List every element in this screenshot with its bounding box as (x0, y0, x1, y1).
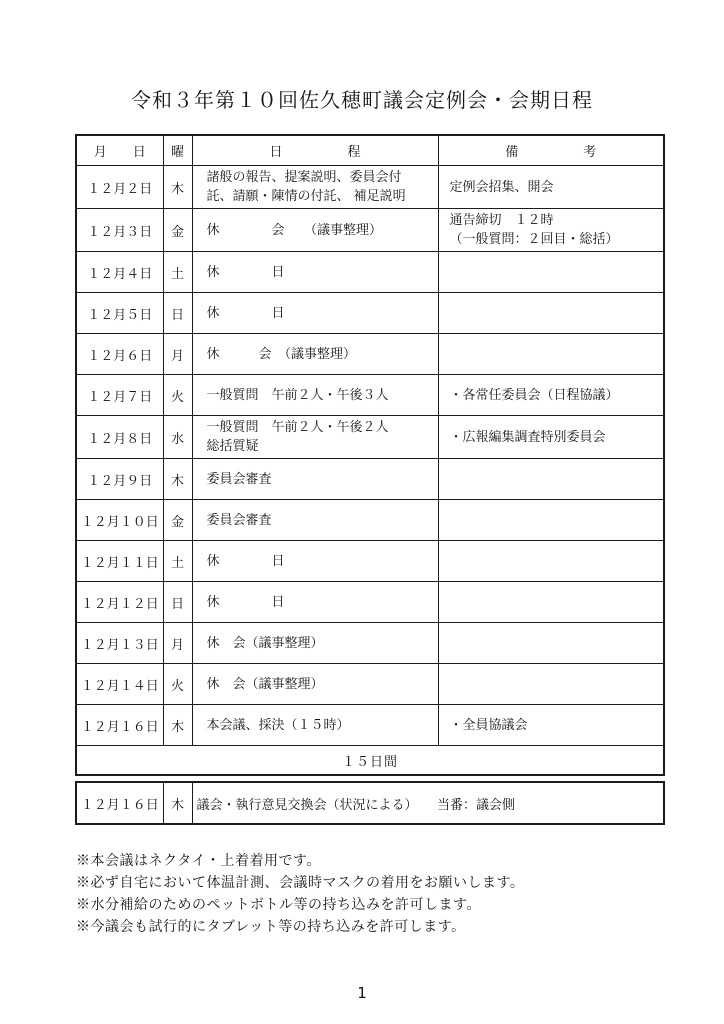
cell-schedule: 休 日 (192, 582, 438, 623)
table-row: １２月１４日 火 休 会（議事整理） (76, 664, 664, 705)
cell-schedule: 休 会 （議事整理） (192, 334, 438, 375)
cell-note (438, 293, 664, 334)
table-row: １２月５日 日 休 日 (76, 293, 664, 334)
cell-day: 水 (163, 416, 192, 459)
cell-date: １２月１２日 (76, 582, 163, 623)
table-row: １２月２日 木 諸般の報告、提案説明、委員会付 託、請願・陳情の付託、 補足説明… (76, 166, 664, 209)
cell-day: 金 (163, 209, 192, 252)
cell-schedule: 委員会審査 (192, 500, 438, 541)
cell-day: 金 (163, 500, 192, 541)
cell-note (438, 582, 664, 623)
cell-day: 木 (163, 705, 192, 746)
header-date: 月 日 (76, 135, 163, 166)
header-note: 備 考 (438, 135, 664, 166)
cell-date: １２月１６日 (76, 782, 163, 824)
cell-date: １２月３日 (76, 209, 163, 252)
cell-note (438, 664, 664, 705)
note-line: ※本会議はネクタイ・上着着用です。 (76, 850, 724, 872)
cell-schedule: 休 日 (192, 541, 438, 582)
cell-schedule: 諸般の報告、提案説明、委員会付 託、請願・陳情の付託、 補足説明 (192, 166, 438, 209)
cell-note: ・各常任委員会（日程協議） (438, 375, 664, 416)
table-row: １２月１２日 日 休 日 (76, 582, 664, 623)
cell-day: 火 (163, 375, 192, 416)
cell-note (438, 623, 664, 664)
cell-schedule: 休 日 (192, 293, 438, 334)
summary-row: １５日間 (76, 746, 664, 776)
cell-note: 通告締切 １２時 （一般質問：２回目・総括） (438, 209, 664, 252)
cell-note (438, 252, 664, 293)
table-row: １２月１６日 木 議会・執行意見交換会（状況による） 当番：議会側 (76, 782, 664, 824)
cell-day: 木 (163, 166, 192, 209)
cell-date: １２月５日 (76, 293, 163, 334)
cell-day: 木 (163, 459, 192, 500)
page-number: 1 (0, 984, 724, 1002)
cell-day: 土 (163, 541, 192, 582)
cell-schedule: 委員会審査 (192, 459, 438, 500)
exchange-meeting-table: １２月１６日 木 議会・執行意見交換会（状況による） 当番：議会側 (75, 781, 665, 825)
cell-content: 議会・執行意見交換会（状況による） 当番：議会側 (192, 782, 664, 824)
cell-schedule: 休 会 （議事整理） (192, 209, 438, 252)
header-schedule: 日 程 (192, 135, 438, 166)
cell-day: 月 (163, 623, 192, 664)
table-row: １２月１３日 月 休 会（議事整理） (76, 623, 664, 664)
cell-date: １２月４日 (76, 252, 163, 293)
note-line: ※今議会も試行的にタブレット等の持ち込みを許可します。 (76, 916, 724, 938)
cell-note (438, 500, 664, 541)
cell-date: １２月６日 (76, 334, 163, 375)
cell-day: 月 (163, 334, 192, 375)
table-row: １２月９日 木 委員会審査 (76, 459, 664, 500)
note-line: ※必ず自宅において体温計測、会議時マスクの着用をお願いします。 (76, 872, 724, 894)
schedule-table: 月 日 曜 日 程 備 考 １２月２日 木 諸般の報告、提案説明、委員会付 託、… (75, 134, 665, 776)
cell-date: １２月１１日 (76, 541, 163, 582)
cell-note: ・広報編集調査特別委員会 (438, 416, 664, 459)
cell-day: 火 (163, 664, 192, 705)
table-header-row: 月 日 曜 日 程 備 考 (76, 135, 664, 166)
cell-schedule: 休 会（議事整理） (192, 664, 438, 705)
table-row: １２月３日 金 休 会 （議事整理） 通告締切 １２時 （一般質問：２回目・総括… (76, 209, 664, 252)
cell-note (438, 541, 664, 582)
table-row: １２月８日 水 一般質問 午前２人・午後２人 総括質疑 ・広報編集調査特別委員会 (76, 416, 664, 459)
cell-date: １２月１３日 (76, 623, 163, 664)
table-row: １２月６日 月 休 会 （議事整理） (76, 334, 664, 375)
table-row: １２月７日 火 一般質問 午前２人・午後３人 ・各常任委員会（日程協議） (76, 375, 664, 416)
table-row: １２月１１日 土 休 日 (76, 541, 664, 582)
cell-schedule: 一般質問 午前２人・午後２人 総括質疑 (192, 416, 438, 459)
summary-label: １５日間 (76, 746, 664, 776)
notes-section: ※本会議はネクタイ・上着着用です。 ※必ず自宅において体温計測、会議時マスクの着… (76, 850, 724, 938)
table-row: １２月１６日 木 本会議、採決（１５時） ・全員協議会 (76, 705, 664, 746)
table-row: １２月４日 土 休 日 (76, 252, 664, 293)
cell-schedule: 休 会（議事整理） (192, 623, 438, 664)
cell-date: １２月１６日 (76, 705, 163, 746)
cell-date: １２月８日 (76, 416, 163, 459)
cell-date: １２月７日 (76, 375, 163, 416)
page-title: 令和３年第１０回佐久穂町議会定例会・会期日程 (0, 0, 724, 113)
header-day: 曜 (163, 135, 192, 166)
cell-note (438, 459, 664, 500)
cell-note (438, 334, 664, 375)
document-page: 令和３年第１０回佐久穂町議会定例会・会期日程 月 日 曜 日 程 備 考 １２月… (0, 0, 724, 1024)
cell-date: １２月１４日 (76, 664, 163, 705)
cell-note: ・全員協議会 (438, 705, 664, 746)
cell-schedule: 本会議、採決（１５時） (192, 705, 438, 746)
cell-date: １２月９日 (76, 459, 163, 500)
cell-note: 定例会招集、開会 (438, 166, 664, 209)
cell-schedule: 一般質問 午前２人・午後３人 (192, 375, 438, 416)
note-line: ※水分補給のためのペットボトル等の持ち込みを許可します。 (76, 894, 724, 916)
cell-date: １２月１０日 (76, 500, 163, 541)
cell-schedule: 休 日 (192, 252, 438, 293)
cell-day: 木 (163, 782, 192, 824)
cell-date: １２月２日 (76, 166, 163, 209)
table-row: １２月１０日 金 委員会審査 (76, 500, 664, 541)
cell-day: 日 (163, 582, 192, 623)
cell-day: 土 (163, 252, 192, 293)
cell-day: 日 (163, 293, 192, 334)
